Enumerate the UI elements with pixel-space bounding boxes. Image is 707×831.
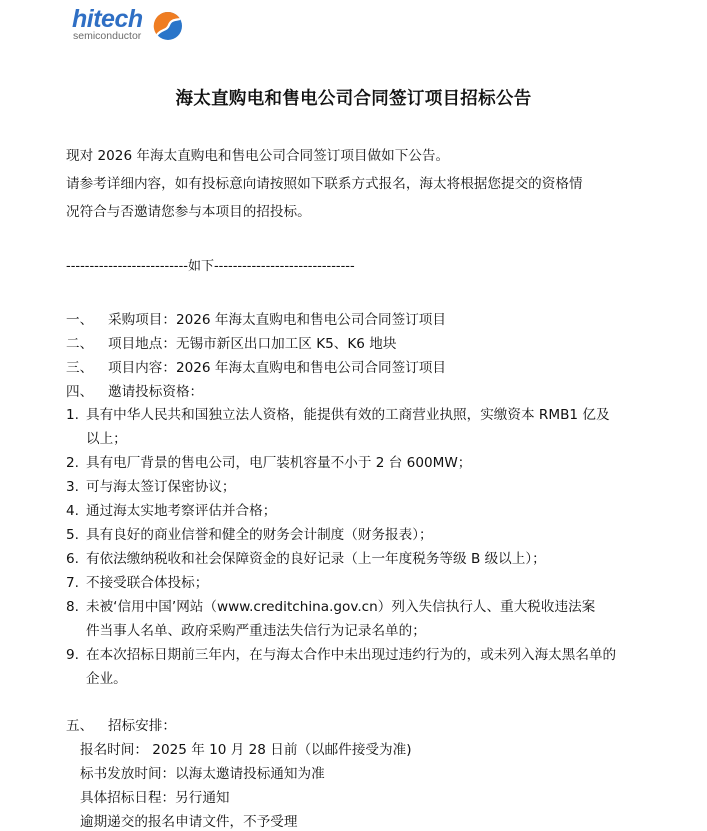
item-text: 以上； (86, 429, 127, 449)
yin-yang-logo-icon (153, 11, 183, 41)
schedule-item-3: 具体招标日程：另行通知 (80, 788, 230, 808)
item-text: 具有良好的商业信誉和健全的财务会计制度（财务报表）； (86, 525, 433, 545)
item-number: 7. (66, 573, 79, 593)
item-text: 有依法缴纳税收和社会保障资金的良好记录（上一年度税务等级 B 级以上）； (86, 549, 546, 569)
section-number: 二、 (66, 334, 93, 354)
item-text: 不接受联合体投标； (86, 573, 208, 593)
schedule-item-4: 逾期递交的报名申请文件，不予受理 (80, 812, 298, 831)
section-text: 项目内容：2026 年海太直购电和售电公司合同签订项目 (108, 358, 446, 378)
intro-line-1: 现对 2026 年海太直购电和售电公司合同签订项目做如下公告。 (66, 146, 449, 166)
section-text: 采购项目：2026 年海太直购电和售电公司合同签订项目 (108, 310, 446, 330)
section-number: 四、 (66, 382, 93, 402)
company-logo: hitech semiconductor (72, 8, 187, 44)
section-number: 五、 (66, 716, 93, 736)
logo-subtitle: semiconductor (73, 30, 141, 42)
item-text: 未被‘信用中国’网站（www.creditchina.gov.cn）列入失信执行… (86, 597, 595, 617)
item-number: 1. (66, 405, 79, 425)
section-number: 一、 (66, 310, 93, 330)
item-number: 4. (66, 501, 79, 521)
schedule-item-1: 报名时间： 2025 年 10 月 28 日前（以邮件接受为准) (80, 740, 412, 760)
item-text: 在本次招标日期前三年内，在与海太合作中未出现过违约行为的，或未列入海太黑名单的 (86, 645, 616, 665)
schedule-item-2: 标书发放时间：以海太邀请投标通知为准 (80, 764, 325, 784)
section-text: 邀请投标资格： (108, 382, 203, 402)
item-text: 通过海太实地考察评估并合格； (86, 501, 276, 521)
item-number: 9. (66, 645, 79, 665)
section-text: 项目地点：无锡市新区出口加工区 K5、K6 地块 (108, 334, 396, 354)
item-number: 2. (66, 453, 79, 473)
intro-line-2: 请参考详细内容，如有投标意向请按照如下联系方式报名，海太将根据您提交的资格情 (66, 174, 583, 194)
section-text: 招标安排： (108, 716, 176, 736)
section-number: 三、 (66, 358, 93, 378)
item-text: 具有中华人民共和国独立法人资格，能提供有效的工商营业执照，实缴资本 RMB1 亿… (86, 405, 610, 425)
item-text: 可与海太签订保密协议； (86, 477, 236, 497)
page-title: 海太直购电和售电公司合同签订项目招标公告 (0, 85, 707, 110)
item-text: 企业。 (86, 669, 127, 689)
item-number: 8. (66, 597, 79, 617)
item-number: 3. (66, 477, 79, 497)
item-number: 5. (66, 525, 79, 545)
divider-line: --------------------------如下------------… (66, 257, 355, 277)
item-text: 件当事人名单、政府采购严重违法失信行为记录名单的； (86, 621, 426, 641)
item-text: 具有电厂背景的售电公司，电厂装机容量不小于 2 台 600MW； (86, 453, 471, 473)
intro-line-3: 况符合与否邀请您参与本项目的招投标。 (66, 202, 311, 222)
item-number: 6. (66, 549, 79, 569)
